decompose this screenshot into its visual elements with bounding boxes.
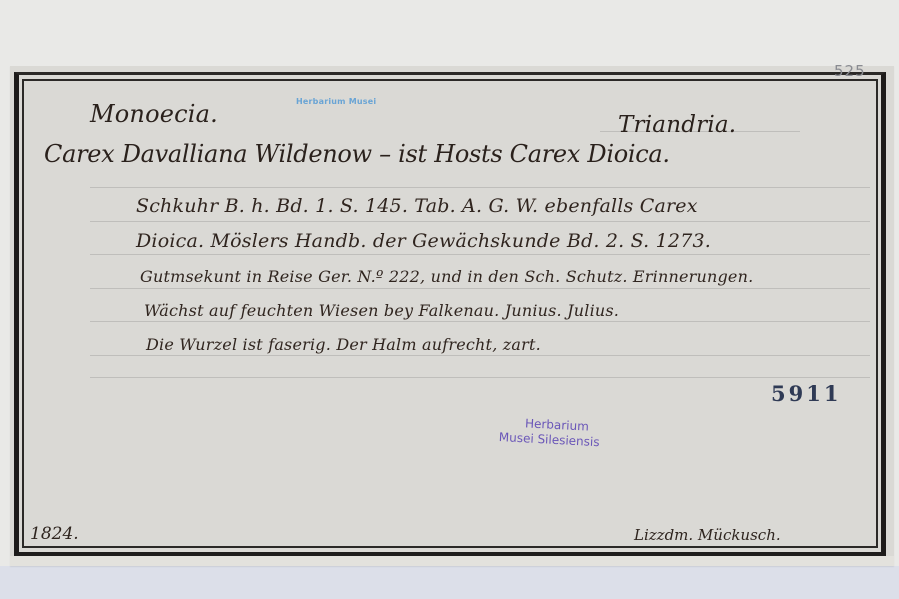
ruled-line (90, 355, 870, 356)
body-line-2: Dioica. Möslers Handb. der Gewächskunde … (136, 230, 711, 252)
class-heading: Monoecia. (90, 100, 218, 128)
collector-signature: Lizzdm. Mückusch. (634, 526, 781, 544)
small-herbarium-stamp: Herbarium Musei (296, 97, 376, 106)
order-heading: Triandria. (618, 112, 736, 138)
ruled-line (90, 288, 870, 289)
body-line-5: Die Wurzel ist faserig. Der Halm aufrech… (146, 335, 541, 354)
body-line-3: Gutmsekunt in Reise Ger. N.º 222, und in… (140, 267, 753, 286)
scan-background-strip (0, 566, 899, 599)
ruled-line (90, 254, 870, 255)
accession-number: 5911 (771, 381, 841, 406)
ruled-line (90, 321, 870, 322)
ruled-line (90, 221, 870, 222)
ruled-line (90, 187, 870, 188)
ruled-line (90, 377, 870, 378)
institution-stamp: Herbarium Musei Silesiensis (498, 415, 600, 450)
species-name-line: Carex Davalliana Wildenow – ist Hosts Ca… (44, 140, 670, 168)
body-line-1: Schkuhr B. h. Bd. 1. S. 145. Tab. A. G. … (136, 195, 698, 217)
body-line-4: Wächst auf feuchten Wiesen bey Falkenau.… (144, 301, 619, 320)
collection-year: 1824. (30, 524, 79, 544)
paper-bottom-margin (10, 556, 894, 566)
pencil-folio-number: 525 (834, 62, 866, 80)
